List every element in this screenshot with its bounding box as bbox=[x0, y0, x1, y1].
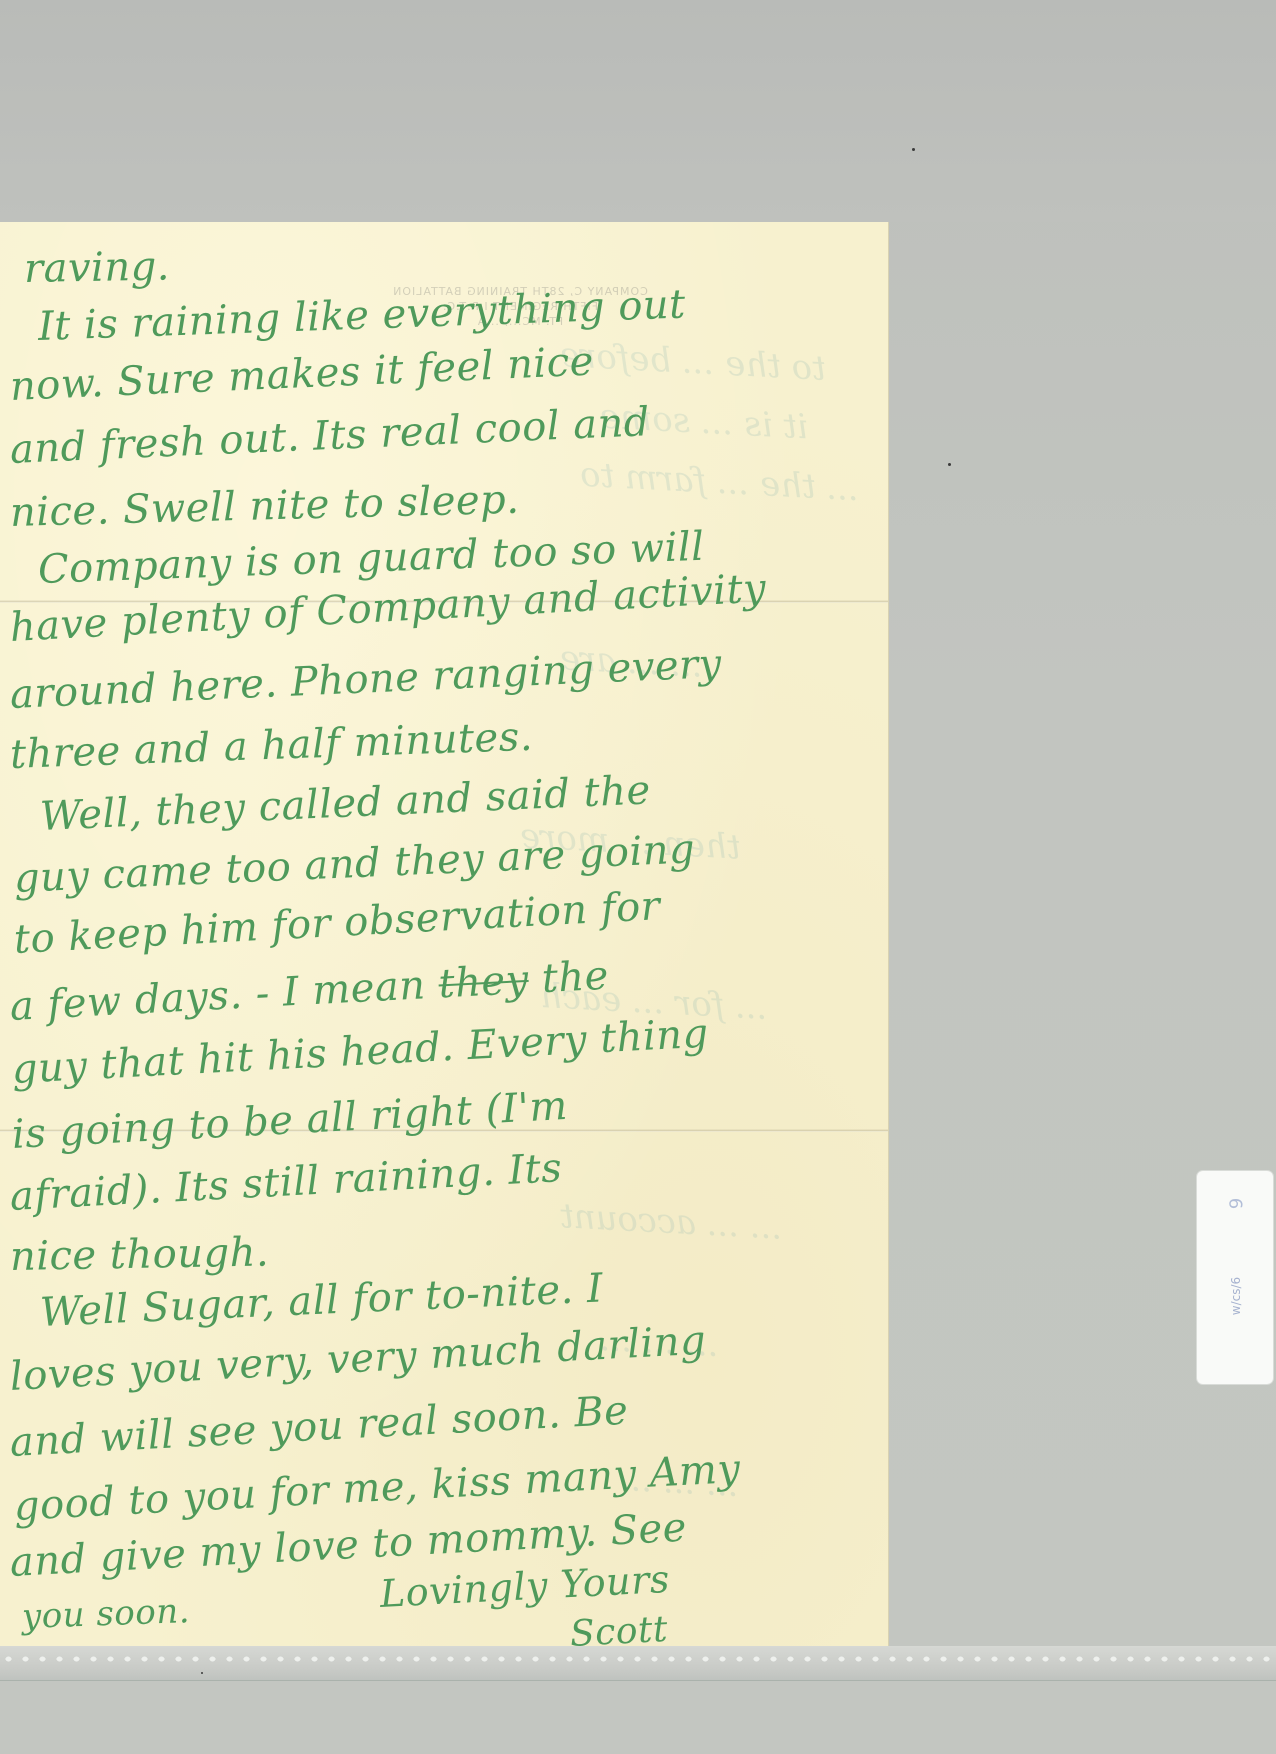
letter-line: Well, they called and said the bbox=[39, 767, 652, 840]
scan-background bbox=[0, 0, 1276, 222]
sleeve-perforation bbox=[0, 1652, 1276, 1666]
letter-line: three and a half minutes. bbox=[9, 714, 533, 778]
letter-line: now. Sure makes it feel nice bbox=[9, 339, 595, 410]
line-text: the bbox=[527, 953, 610, 1003]
letter-closing: Lovingly Yours bbox=[379, 1557, 671, 1616]
letter-line: and will see you real soon. Be bbox=[9, 1388, 630, 1466]
struck-word: they bbox=[437, 957, 529, 1008]
letter-line: around here. Phone ranging every bbox=[9, 641, 723, 718]
letter-line: and fresh out. Its real cool and bbox=[9, 399, 651, 473]
letter-line: a few days. - I mean they the bbox=[9, 953, 610, 1030]
letter-line: you soon. bbox=[21, 1591, 190, 1637]
letter-signature: Scott bbox=[569, 1609, 669, 1646]
dust-speck bbox=[201, 1672, 203, 1674]
letter-line: nice. Swell nite to sleep. bbox=[9, 477, 520, 536]
letter-line: nice though. bbox=[10, 1229, 270, 1280]
line-text: a few days. - I mean bbox=[9, 962, 427, 1030]
sleeve-label: 6 w/cs/6 bbox=[1197, 1171, 1273, 1384]
dust-speck bbox=[948, 463, 951, 466]
letter-line: afraid). Its still raining. Its bbox=[9, 1145, 564, 1220]
label-number: 6 bbox=[1225, 1190, 1246, 1218]
letter-page: COMPANY C, 28TH TRAINING BATTALION FIFTH… bbox=[0, 222, 888, 1646]
letter-line: raving. bbox=[24, 243, 171, 292]
dust-speck bbox=[912, 148, 915, 151]
letter-line: is going to be all right (I'm bbox=[11, 1083, 569, 1158]
label-code: w/cs/6 bbox=[1229, 1251, 1243, 1341]
